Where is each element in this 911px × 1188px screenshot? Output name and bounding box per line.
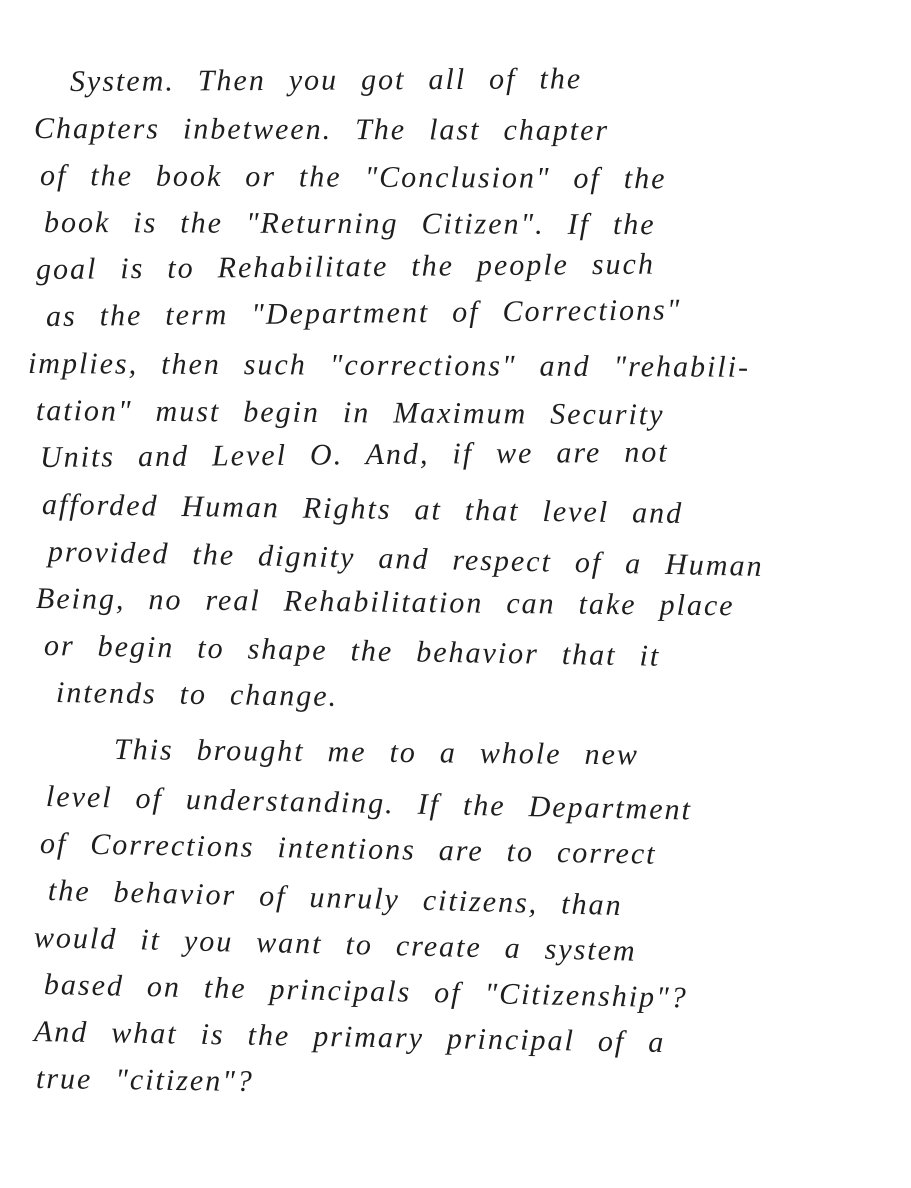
handwritten-line: Being, no real Rehabilitation can take p…: [36, 575, 901, 631]
handwriting-text-block: System. Then you got all of the Chapters…: [34, 58, 901, 1102]
handwritten-line: implies, then such "corrections" and "re…: [28, 340, 901, 392]
handwritten-line: Units and Level O. And, if we are not: [40, 426, 901, 481]
handwritten-line: System. Then you got all of the: [70, 54, 901, 105]
paragraph-1: System. Then you got all of the Chapters…: [34, 58, 901, 716]
handwritten-line: Chapters inbetween. The last chapter: [34, 105, 901, 155]
handwritten-line: of the book or the "Conclusion" of the: [40, 152, 901, 204]
handwritten-line: as the term "Department of Corrections": [46, 284, 901, 340]
handwritten-line: This brought me to a whole new: [114, 726, 901, 781]
handwritten-page: System. Then you got all of the Chapters…: [0, 0, 911, 1188]
paragraph-2: This brought me to a whole new level of …: [34, 726, 901, 1102]
